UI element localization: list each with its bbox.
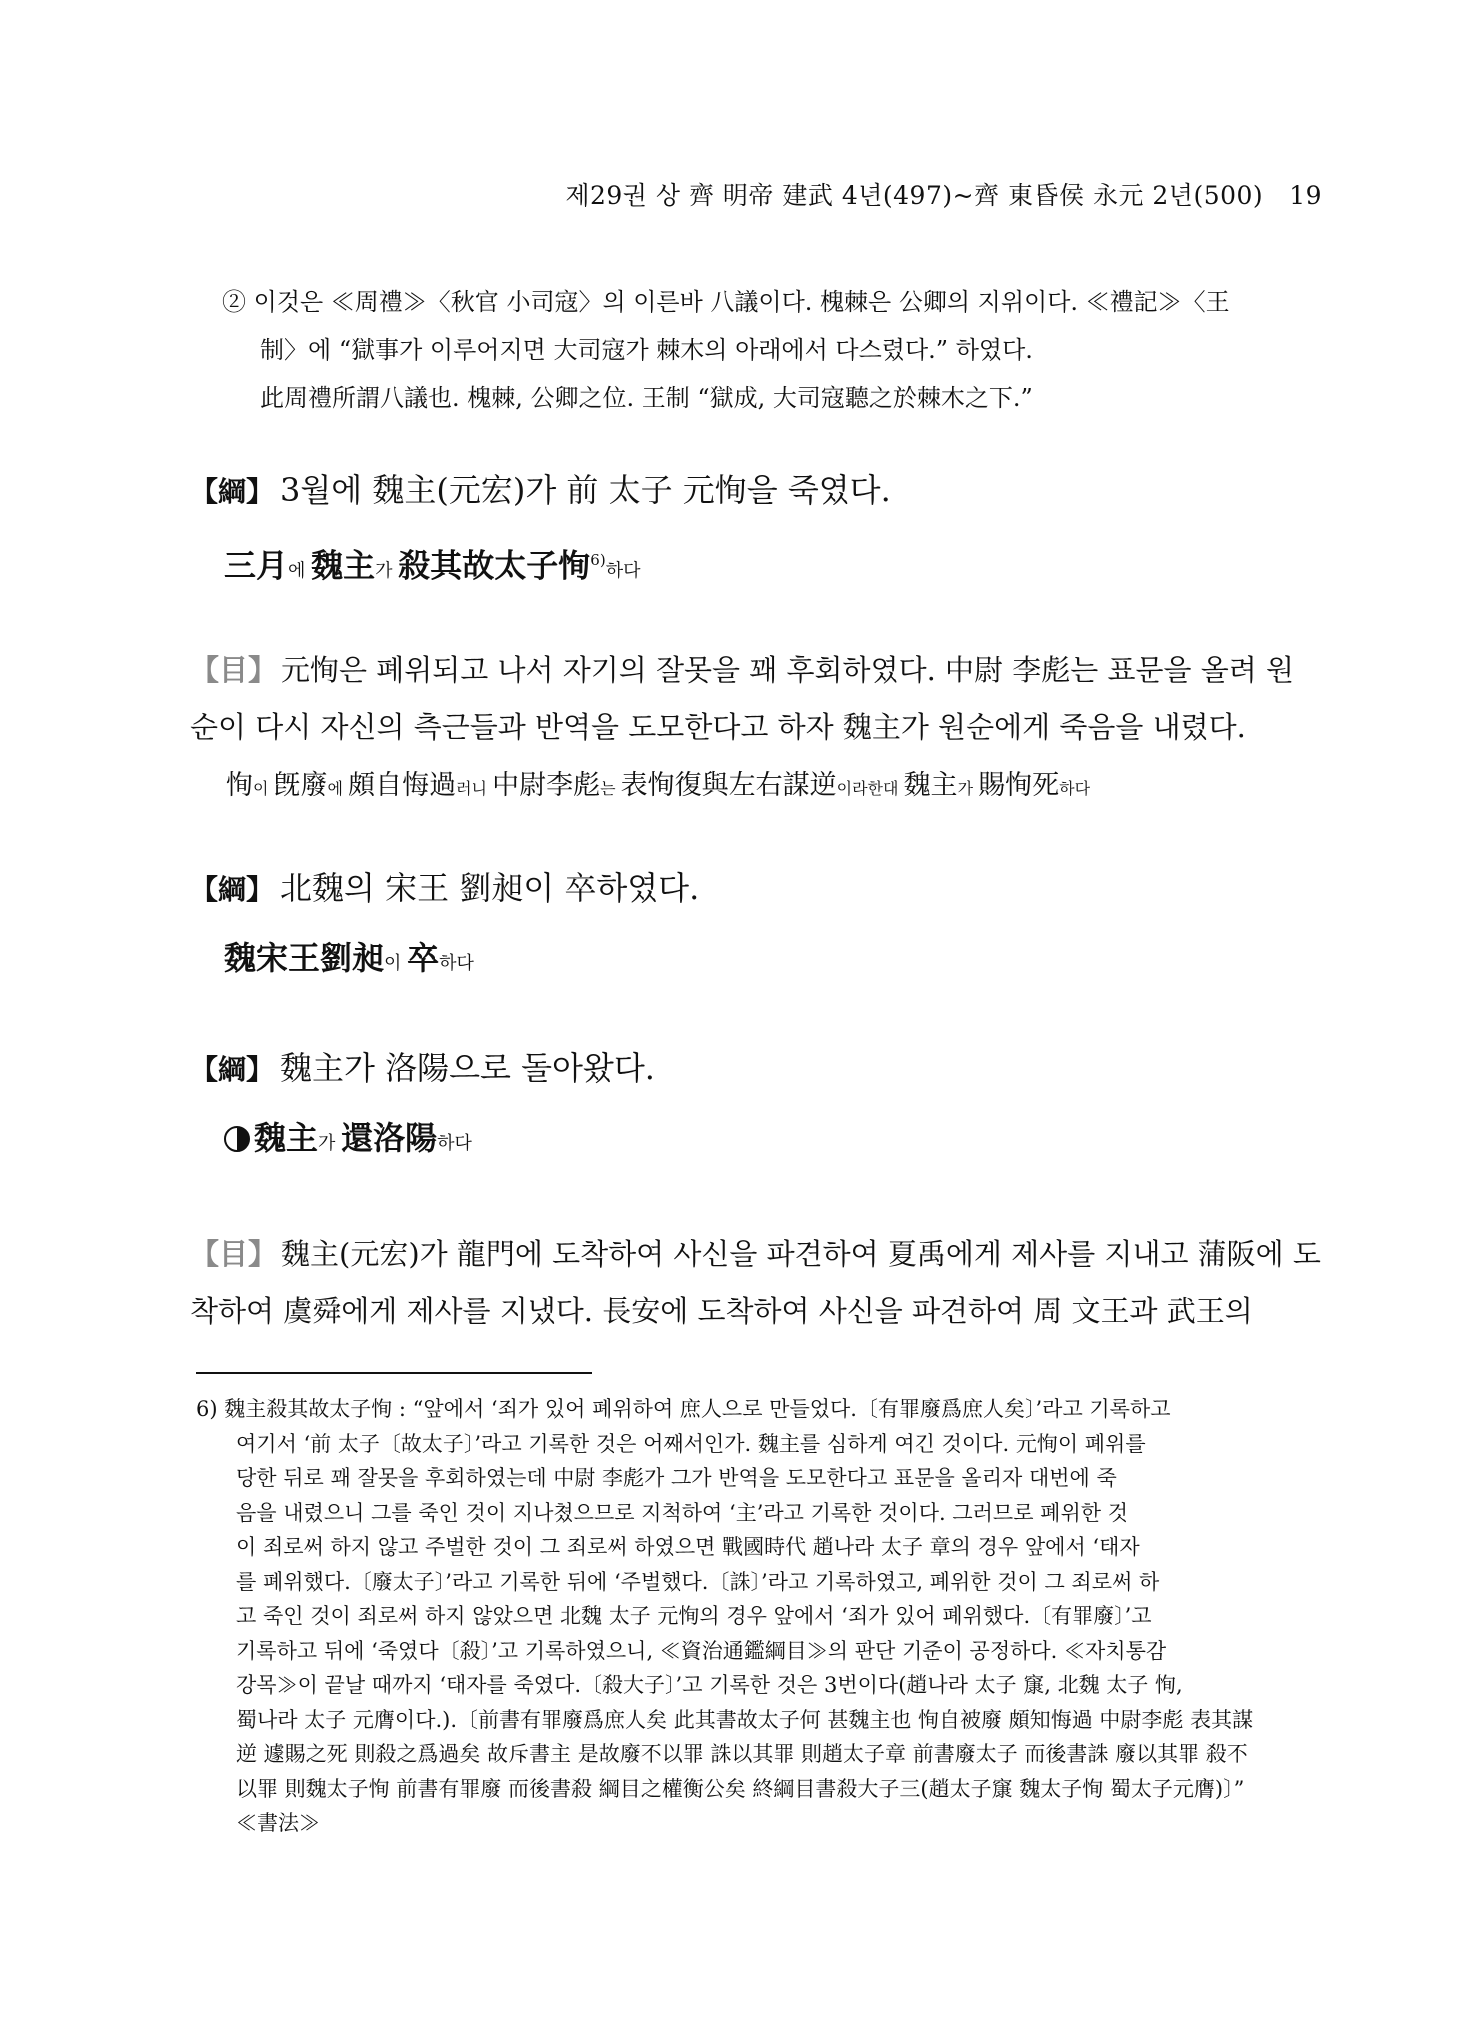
footnote-line: 음을 내렸으니 그를 죽인 것이 지나쳤으므로 지척하여 ‘主’라고 기록한 것…: [196, 1496, 1320, 1531]
gang-section: 【綱】北魏의 宋王 劉昶이 卒하였다. 魏宋王劉昶이 卒하다: [190, 868, 1320, 984]
footnote-line: 以罪 則魏太子恂 前書有罪廢 而後書殺 綱目之權衡公矣 終綱目書殺大子三(趙太子…: [196, 1772, 1320, 1807]
footnote-line: 이 죄로써 하지 않고 주벌한 것이 그 죄로써 하였으면 戰國時代 趙나라 太…: [196, 1530, 1320, 1565]
gang-heading: 【綱】北魏의 宋王 劉昶이 卒하였다.: [190, 868, 1320, 910]
footnote-line: 逆 遽賜之死 則殺之爲過矣 故斥書主 是故廢不以罪 誅以其罪 則趙太子章 前書廢…: [196, 1737, 1320, 1772]
particle: 에: [328, 779, 349, 798]
hanja-phrase: 表恂復與左右謀逆: [621, 770, 837, 801]
mok-line: 魏主(元宏)가 龍門에 도착하여 사신을 파견하여 夏禹에게 제사를 지내고 蒲…: [281, 1237, 1321, 1271]
footnote-line: 강목≫이 끝날 때까지 ‘태자를 죽였다.〔殺大子〕’고 기록한 것은 3번이다…: [196, 1668, 1320, 1703]
mok-source-text: 恂이 旣廢에 頗自悔過러니 中尉李彪는 表恂復與左右謀逆이라한대 魏主가 賜恂死…: [190, 766, 1320, 809]
annotation-note-2: ② 이것은 ≪周禮≫〈秋官 小司寇〉의 이른바 八議이다. 槐棘은 公卿의 지위…: [222, 278, 1320, 422]
gang-marker: 【綱】: [190, 1053, 274, 1086]
footnote-divider: [196, 1372, 592, 1374]
gang-title-text: 魏主가 洛陽으로 돌아왔다.: [280, 1049, 655, 1087]
footnote-line: 당한 뒤로 꽤 잘못을 후회하였는데 中尉 李彪가 그가 반역을 도모한다고 표…: [196, 1461, 1320, 1496]
hanja-phrase: 旣廢: [274, 770, 328, 801]
hanja-phrase: 三月: [224, 547, 288, 585]
particle: 가: [958, 779, 979, 798]
gang-marker: 【綱】: [190, 475, 274, 508]
footnote-ref-6[interactable]: 6): [590, 551, 605, 569]
particle: 하다: [439, 953, 474, 974]
gang-source-text: 三月에 魏主가 殺其故太子恂6)하다: [190, 540, 1320, 592]
footnote-line: 기록하고 뒤에 ‘죽였다〔殺〕’고 기록하였으니, ≪資治通鑑綱目≫의 판단 기…: [196, 1634, 1320, 1669]
hanja-phrase: 中尉李彪: [492, 770, 600, 801]
hanja-phrase: 魏主: [254, 1119, 318, 1157]
footnote-line: 를 폐위했다.〔廢太子〕’라고 기록한 뒤에 ‘주벌했다.〔誅〕’라고 기록하였…: [196, 1565, 1320, 1600]
footnote-line: 蜀나라 太子 元膺이다.).〔前書有罪廢爲庶人矣 此其書故太子何 甚魏主也 恂自…: [196, 1703, 1320, 1738]
footnote-6: 6) 魏主殺其故太子恂 : “앞에서 ‘죄가 있어 폐위하여 庶人으로 만들었다…: [196, 1392, 1320, 1841]
mok-marker: 【目】: [190, 1237, 277, 1271]
running-title: 제29권 상 齊 明帝 建武 4년(497)~齊 東昏侯 永元 2년(500): [565, 181, 1263, 210]
particle: 이: [384, 953, 407, 974]
footnote-line: 고 죽인 것이 죄로써 하지 않았으면 北魏 太子 元恂의 경우 앞에서 ‘죄가…: [196, 1599, 1320, 1634]
hanja-phrase: 恂: [226, 770, 253, 801]
footnote-line: 여기서 ‘前 太子〔故太子〕’라고 기록한 것은 어째서인가. 魏主를 심하게 …: [196, 1427, 1320, 1462]
hanja-phrase: 頗自悔過: [348, 770, 456, 801]
gang-section: 【綱】3월에 魏主(元宏)가 前 太子 元恂을 죽였다. 三月에 魏主가 殺其故…: [190, 470, 1320, 592]
gang-source-text: 魏宋王劉昶이 卒하다: [190, 938, 1320, 984]
page-number: 19: [1289, 181, 1322, 210]
particle: 는: [600, 779, 621, 798]
mok-section: 【目】元恂은 폐위되고 나서 자기의 잘못을 꽤 후회하였다. 中尉 李彪는 표…: [190, 642, 1320, 809]
hanja-phrase: 魏主: [904, 770, 958, 801]
mok-line: 순이 다시 자신의 측근들과 반역을 도모한다고 하자 魏主가 원순에게 죽음을…: [190, 699, 1320, 756]
mok-marker: 【目】: [190, 653, 277, 687]
gang-title-text: 3월에 魏主(元宏)가 前 太子 元恂을 죽였다.: [280, 471, 891, 509]
mok-translation: 【目】魏主(元宏)가 龍門에 도착하여 사신을 파견하여 夏禹에게 제사를 지내…: [190, 1226, 1320, 1340]
note-line: ② 이것은 ≪周禮≫〈秋官 小司寇〉의 이른바 八議이다. 槐棘은 公卿의 지위…: [222, 278, 1320, 326]
document-page: 제29권 상 齊 明帝 建武 4년(497)~齊 東昏侯 永元 2년(500)1…: [0, 0, 1480, 2024]
particle: 가: [318, 1133, 341, 1154]
footnote-source: ≪書法≫: [196, 1806, 1320, 1841]
particle: 가: [375, 561, 398, 582]
gang-heading: 【綱】魏主가 洛陽으로 돌아왔다.: [190, 1048, 1320, 1090]
hanja-phrase: 殺其故太子恂: [398, 547, 590, 585]
mok-translation: 【目】元恂은 폐위되고 나서 자기의 잘못을 꽤 후회하였다. 中尉 李彪는 표…: [190, 642, 1320, 756]
note-line: 此周禮所謂八議也. 槐棘, 公卿之位. 王制 “獄成, 大司寇聽之於棘木之下.”: [222, 374, 1320, 422]
gang-section: 【綱】魏主가 洛陽으로 돌아왔다. 魏主가 還洛陽하다: [190, 1048, 1320, 1164]
particle: 하다: [1059, 779, 1090, 798]
particle: 에: [288, 561, 311, 582]
gang-title-text: 北魏의 宋王 劉昶이 卒하였다.: [280, 869, 699, 907]
particle: 이라한대: [837, 779, 904, 798]
particle: 하다: [437, 1133, 472, 1154]
mok-line: 착하여 虞舜에게 제사를 지냈다. 長安에 도착하여 사신을 파견하여 周 文王…: [190, 1283, 1320, 1340]
hanja-phrase: 賜恂死: [978, 770, 1059, 801]
half-filled-circle-icon: [224, 1126, 250, 1152]
hanja-phrase: 卒: [407, 939, 439, 977]
hanja-phrase: 魏主: [311, 547, 375, 585]
gang-source-text: 魏主가 還洛陽하다: [190, 1118, 1320, 1164]
particle: 하다: [606, 561, 641, 582]
footnote-line: 6) 魏主殺其故太子恂 : “앞에서 ‘죄가 있어 폐위하여 庶人으로 만들었다…: [196, 1392, 1320, 1427]
hanja-phrase: 魏宋王劉昶: [224, 939, 384, 977]
particle: 이: [253, 779, 274, 798]
mok-section: 【目】魏主(元宏)가 龍門에 도착하여 사신을 파견하여 夏禹에게 제사를 지내…: [190, 1226, 1320, 1340]
hanja-phrase: 還洛陽: [341, 1119, 437, 1157]
gang-heading: 【綱】3월에 魏主(元宏)가 前 太子 元恂을 죽였다.: [190, 470, 1320, 512]
mok-line: 元恂은 폐위되고 나서 자기의 잘못을 꽤 후회하였다. 中尉 李彪는 표문을 …: [281, 653, 1294, 687]
note-line: 制〉에 “獄事가 이루어지면 大司寇가 棘木의 아래에서 다스렸다.” 하였다.: [222, 326, 1320, 374]
gang-marker: 【綱】: [190, 873, 274, 906]
particle: 러니: [456, 779, 492, 798]
running-header: 제29권 상 齊 明帝 建武 4년(497)~齊 東昏侯 永元 2년(500)1…: [565, 176, 1322, 212]
